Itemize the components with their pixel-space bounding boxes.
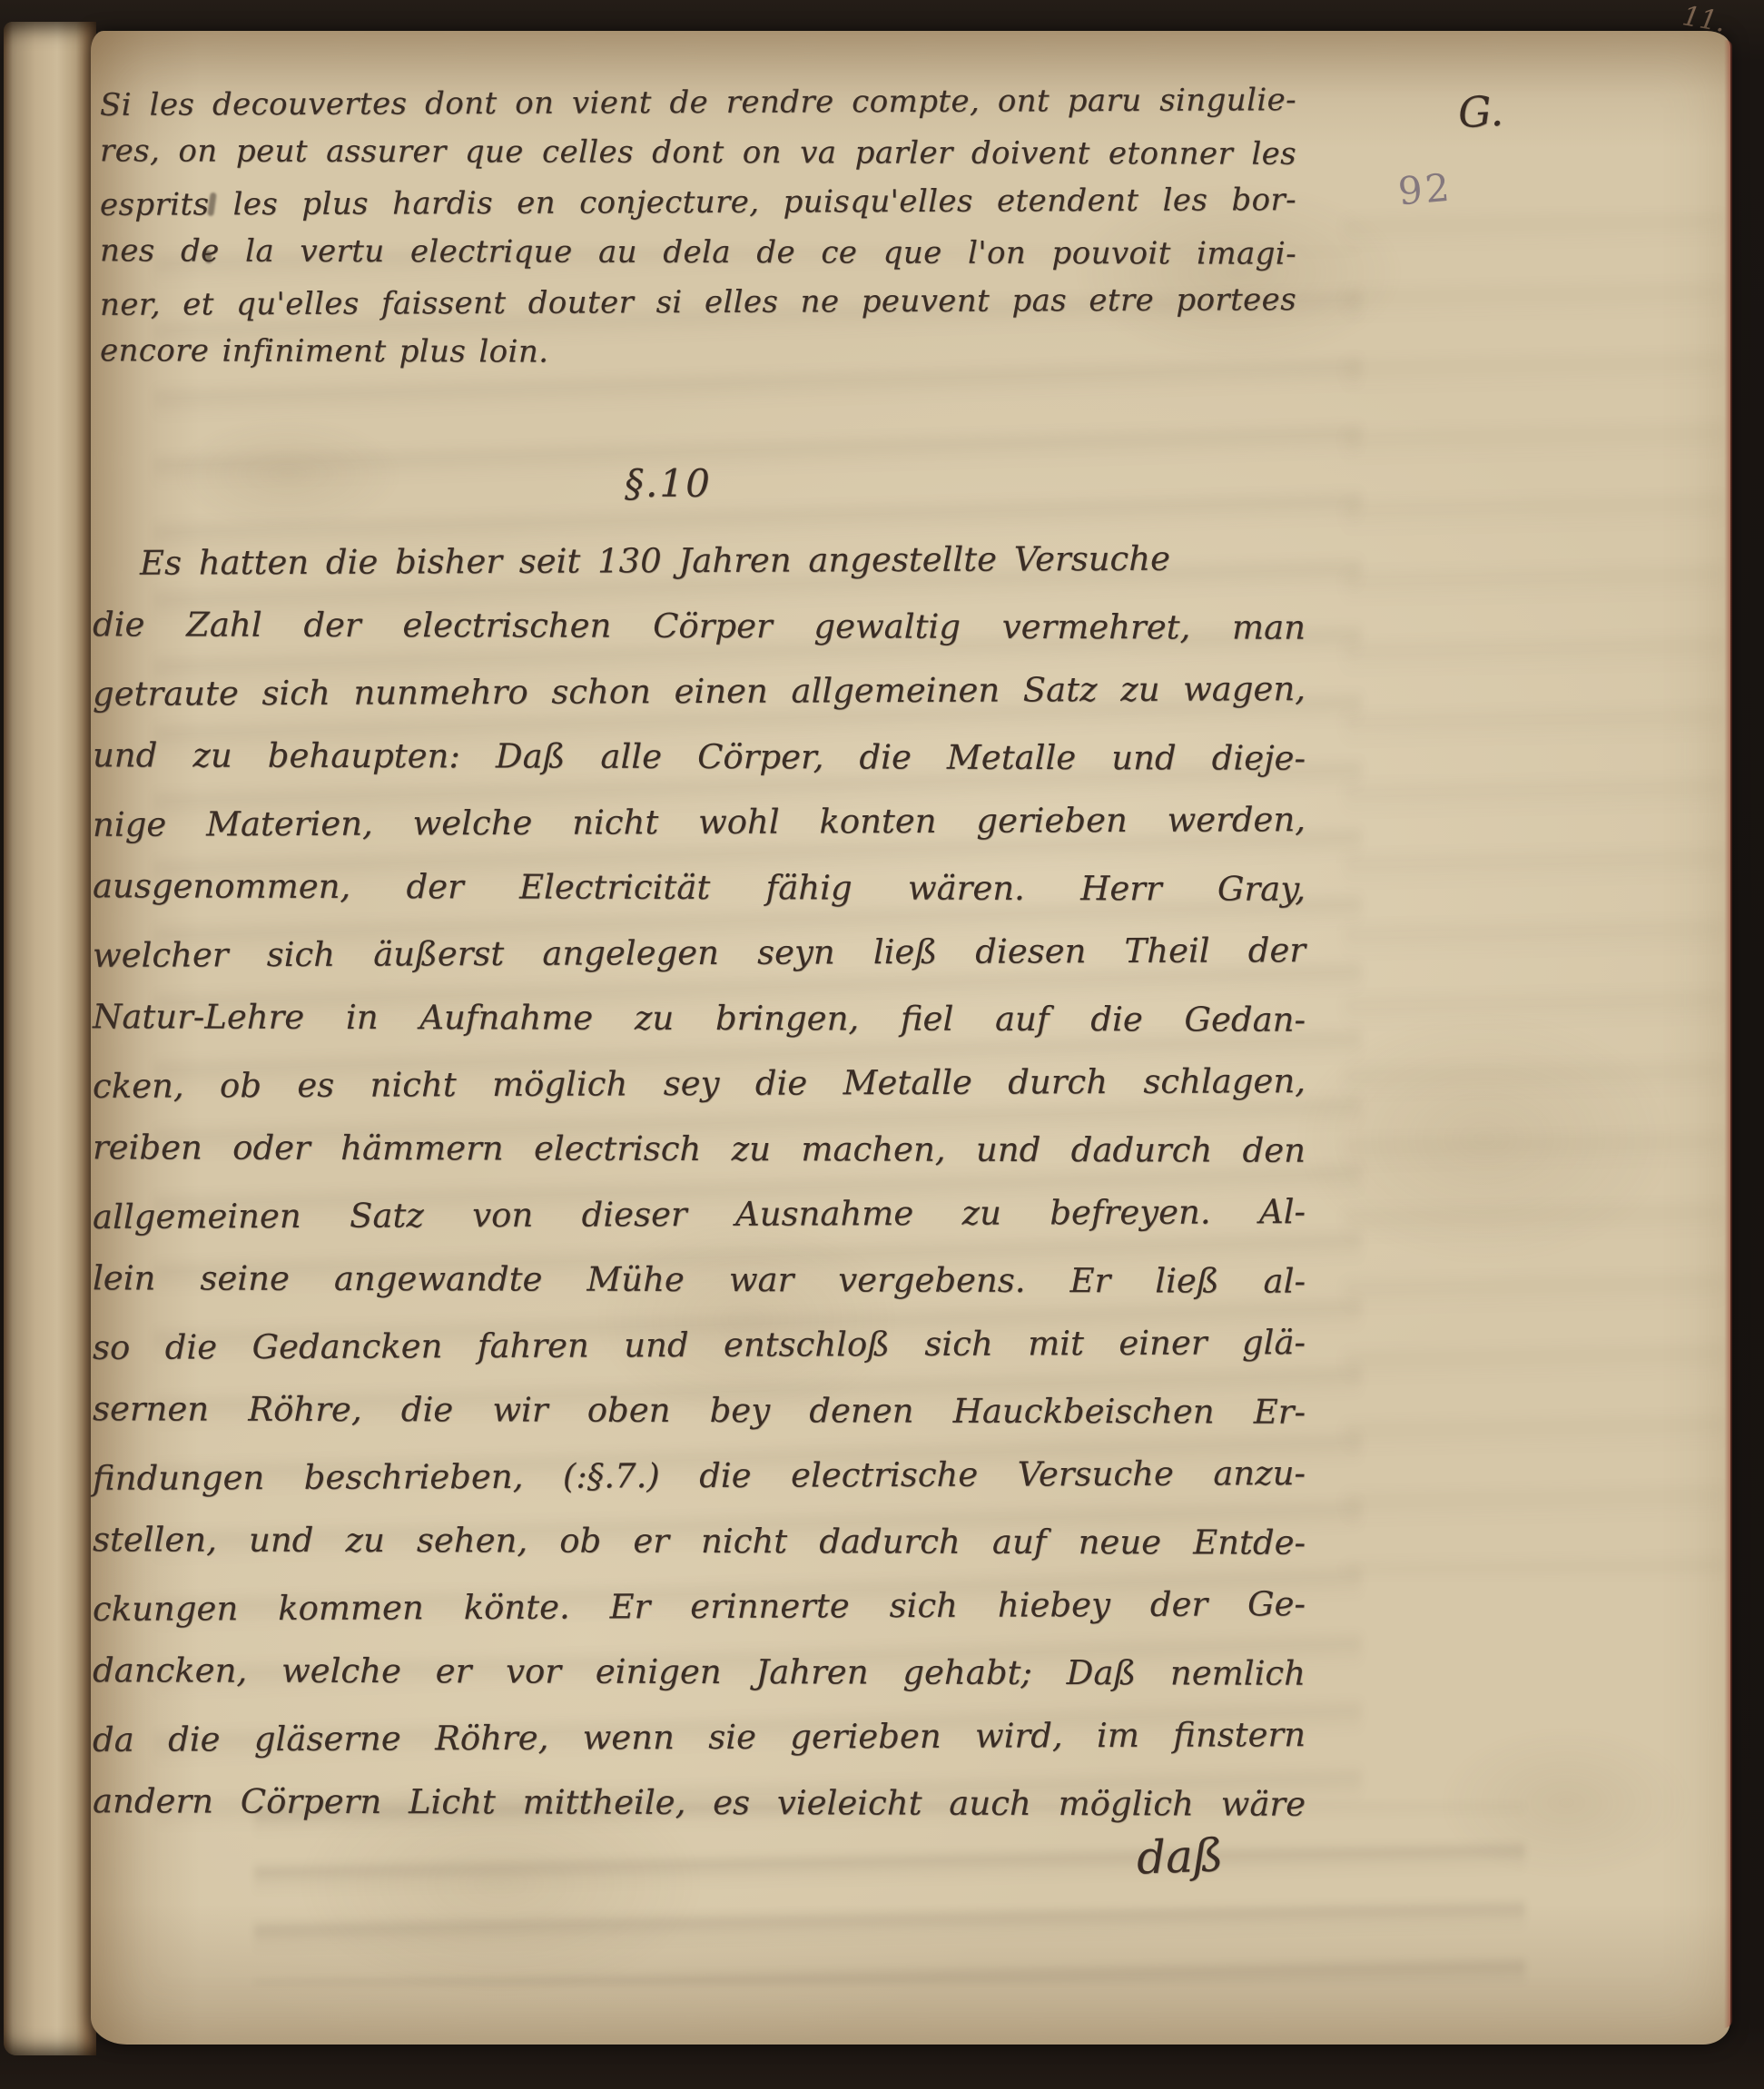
manuscript-line: cken, ob es nicht möglich sey die Metall…	[93, 1049, 1306, 1119]
catchword: daß	[1136, 1828, 1224, 1884]
manuscript-line: esprits les plus hardis en conjecture, p…	[100, 175, 1296, 231]
manuscript-line: allgemeinen Satz von dieser Ausnahme zu …	[93, 1179, 1306, 1250]
fore-edge	[1724, 40, 1732, 2028]
bleedthrough-overlay-right	[1344, 212, 1725, 1574]
manuscript-line: res, on peut assurer que celles dont on …	[100, 126, 1296, 179]
gathering-mark: G.	[1457, 86, 1504, 138]
manuscript-line: welcher sich äußerst angelegen seyn ließ…	[93, 918, 1306, 989]
manuscript-line: dancken, welche er vor einigen Jahren ge…	[93, 1638, 1306, 1706]
manuscript-line: ausgenommen, der Electricität fähig wäre…	[93, 853, 1306, 921]
manuscript-line: encore infiniment plus loin.	[100, 326, 1296, 379]
manuscript-line: so die Gedancken fahren und entschloß si…	[93, 1310, 1306, 1381]
german-paragraph: Es hatten die bisher seit 130 Jahren ang…	[93, 528, 1306, 1836]
manuscript-line: Natur-Lehre in Aufnahme zu bringen, fiel…	[93, 984, 1306, 1052]
manuscript-line: nige Materien, welche nicht wohl konten …	[93, 787, 1306, 858]
page-number: 92	[1396, 165, 1454, 214]
manuscript-line: nes de la vertu electrique au dela de ce…	[100, 226, 1296, 279]
manuscript-line: stellen, und zu sehen, ob er nicht dadur…	[93, 1507, 1306, 1575]
book-gutter-page-stack	[4, 22, 96, 2055]
manuscript-page: G. 92 Si les decouvertes dont on vient d…	[91, 31, 1730, 2045]
manuscript-scan: 11. G. 92 Si les decouvertes dont on vie…	[0, 0, 1764, 2089]
manuscript-line: und zu behaupten: Daß alle Cörper, die M…	[93, 723, 1306, 791]
manuscript-line: die Zahl der electrischen Cörper gewalti…	[93, 592, 1306, 660]
manuscript-line: lein seine angewandte Mühe war vergebens…	[93, 1246, 1306, 1314]
manuscript-line: Es hatten die bisher seit 130 Jahren ang…	[93, 526, 1306, 596]
manuscript-line: getraute sich nunmehro schon einen allge…	[93, 656, 1306, 727]
french-paragraph: Si les decouvertes dont on vient de rend…	[100, 78, 1296, 378]
manuscript-line: reiben oder hämmern electrisch zu machen…	[93, 1115, 1306, 1183]
manuscript-line: da die gläserne Röhre, wenn sie gerieben…	[93, 1702, 1306, 1773]
section-heading: §.10	[625, 461, 712, 506]
manuscript-line: sernen Röhre, die wir oben bey denen Hau…	[93, 1376, 1306, 1444]
manuscript-line: andern Cörpern Licht mittheile, es viele…	[93, 1769, 1306, 1837]
manuscript-line: Si les decouvertes dont on vient de rend…	[100, 75, 1296, 131]
manuscript-line: ckungen kommen könte. Er erinnerte sich …	[93, 1572, 1306, 1642]
manuscript-line: ner, et qu'elles faissent douter si elle…	[100, 275, 1296, 330]
manuscript-line: findungen beschrieben, (:§.7.) die elect…	[93, 1441, 1306, 1512]
